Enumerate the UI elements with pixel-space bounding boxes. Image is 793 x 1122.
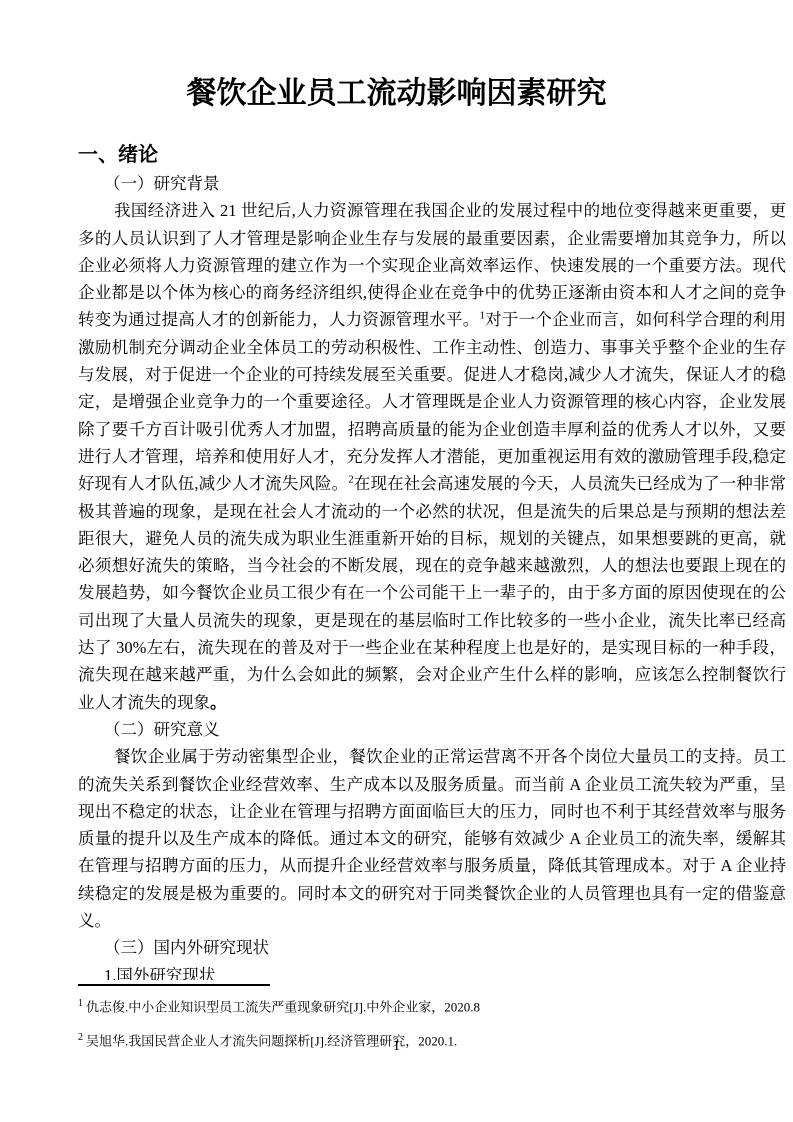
footnote-separator-rule [78,984,270,986]
page-number: 1 [0,1037,793,1055]
document-body: 一、绪论 （一）研究背景 我国经济进入 21 世纪后,人力资源管理在我国企业的发… [78,140,786,989]
footnote-1: 1仇志俊.中小企业知识型员工流失严重现象研究[J].中外企业家，2020.8 [78,996,787,1015]
subsection-heading-research-significance: （二）研究意义 [78,716,786,743]
chapter-heading: 一、绪论 [78,140,786,170]
footnote-1-text: 仇志俊.中小企业知识型员工流失严重现象研究[J].中外企业家，2020.8 [86,999,480,1014]
subsection-heading-research-background: （一）研究背景 [78,170,786,197]
paragraph-research-background: 我国经济进入 21 世纪后,人力资源管理在我国企业的发展过程中的地位变得越来更重… [78,197,786,716]
footnote-1-marker: 1 [78,998,83,1009]
background-end-period: 。 [210,693,227,712]
subsection-heading-research-status: （三）国内外研究现状 [78,934,786,961]
background-text-part3: 在现在社会高速发展的今天，人员流失已经成为了一种非常极其普遍的现象，是现在社会人… [78,474,786,711]
background-text-part2: 对于一个企业而言，如何科学合理的利用激励机制充分调动企业全体员工的劳动积极性、工… [78,310,786,493]
document-page: 餐饮企业员工流动影响因素研究 一、绪论 （一）研究背景 我国经济进入 21 世纪… [0,0,793,1122]
document-title: 餐饮企业员工流动影响因素研究 [0,72,793,116]
paragraph-research-significance: 餐饮企业属于劳动密集型企业，餐饮企业的正常运营离不开各个岗位大量员工的支持。员工… [78,743,786,934]
title-area: 餐饮企业员工流动影响因素研究 [0,0,793,116]
